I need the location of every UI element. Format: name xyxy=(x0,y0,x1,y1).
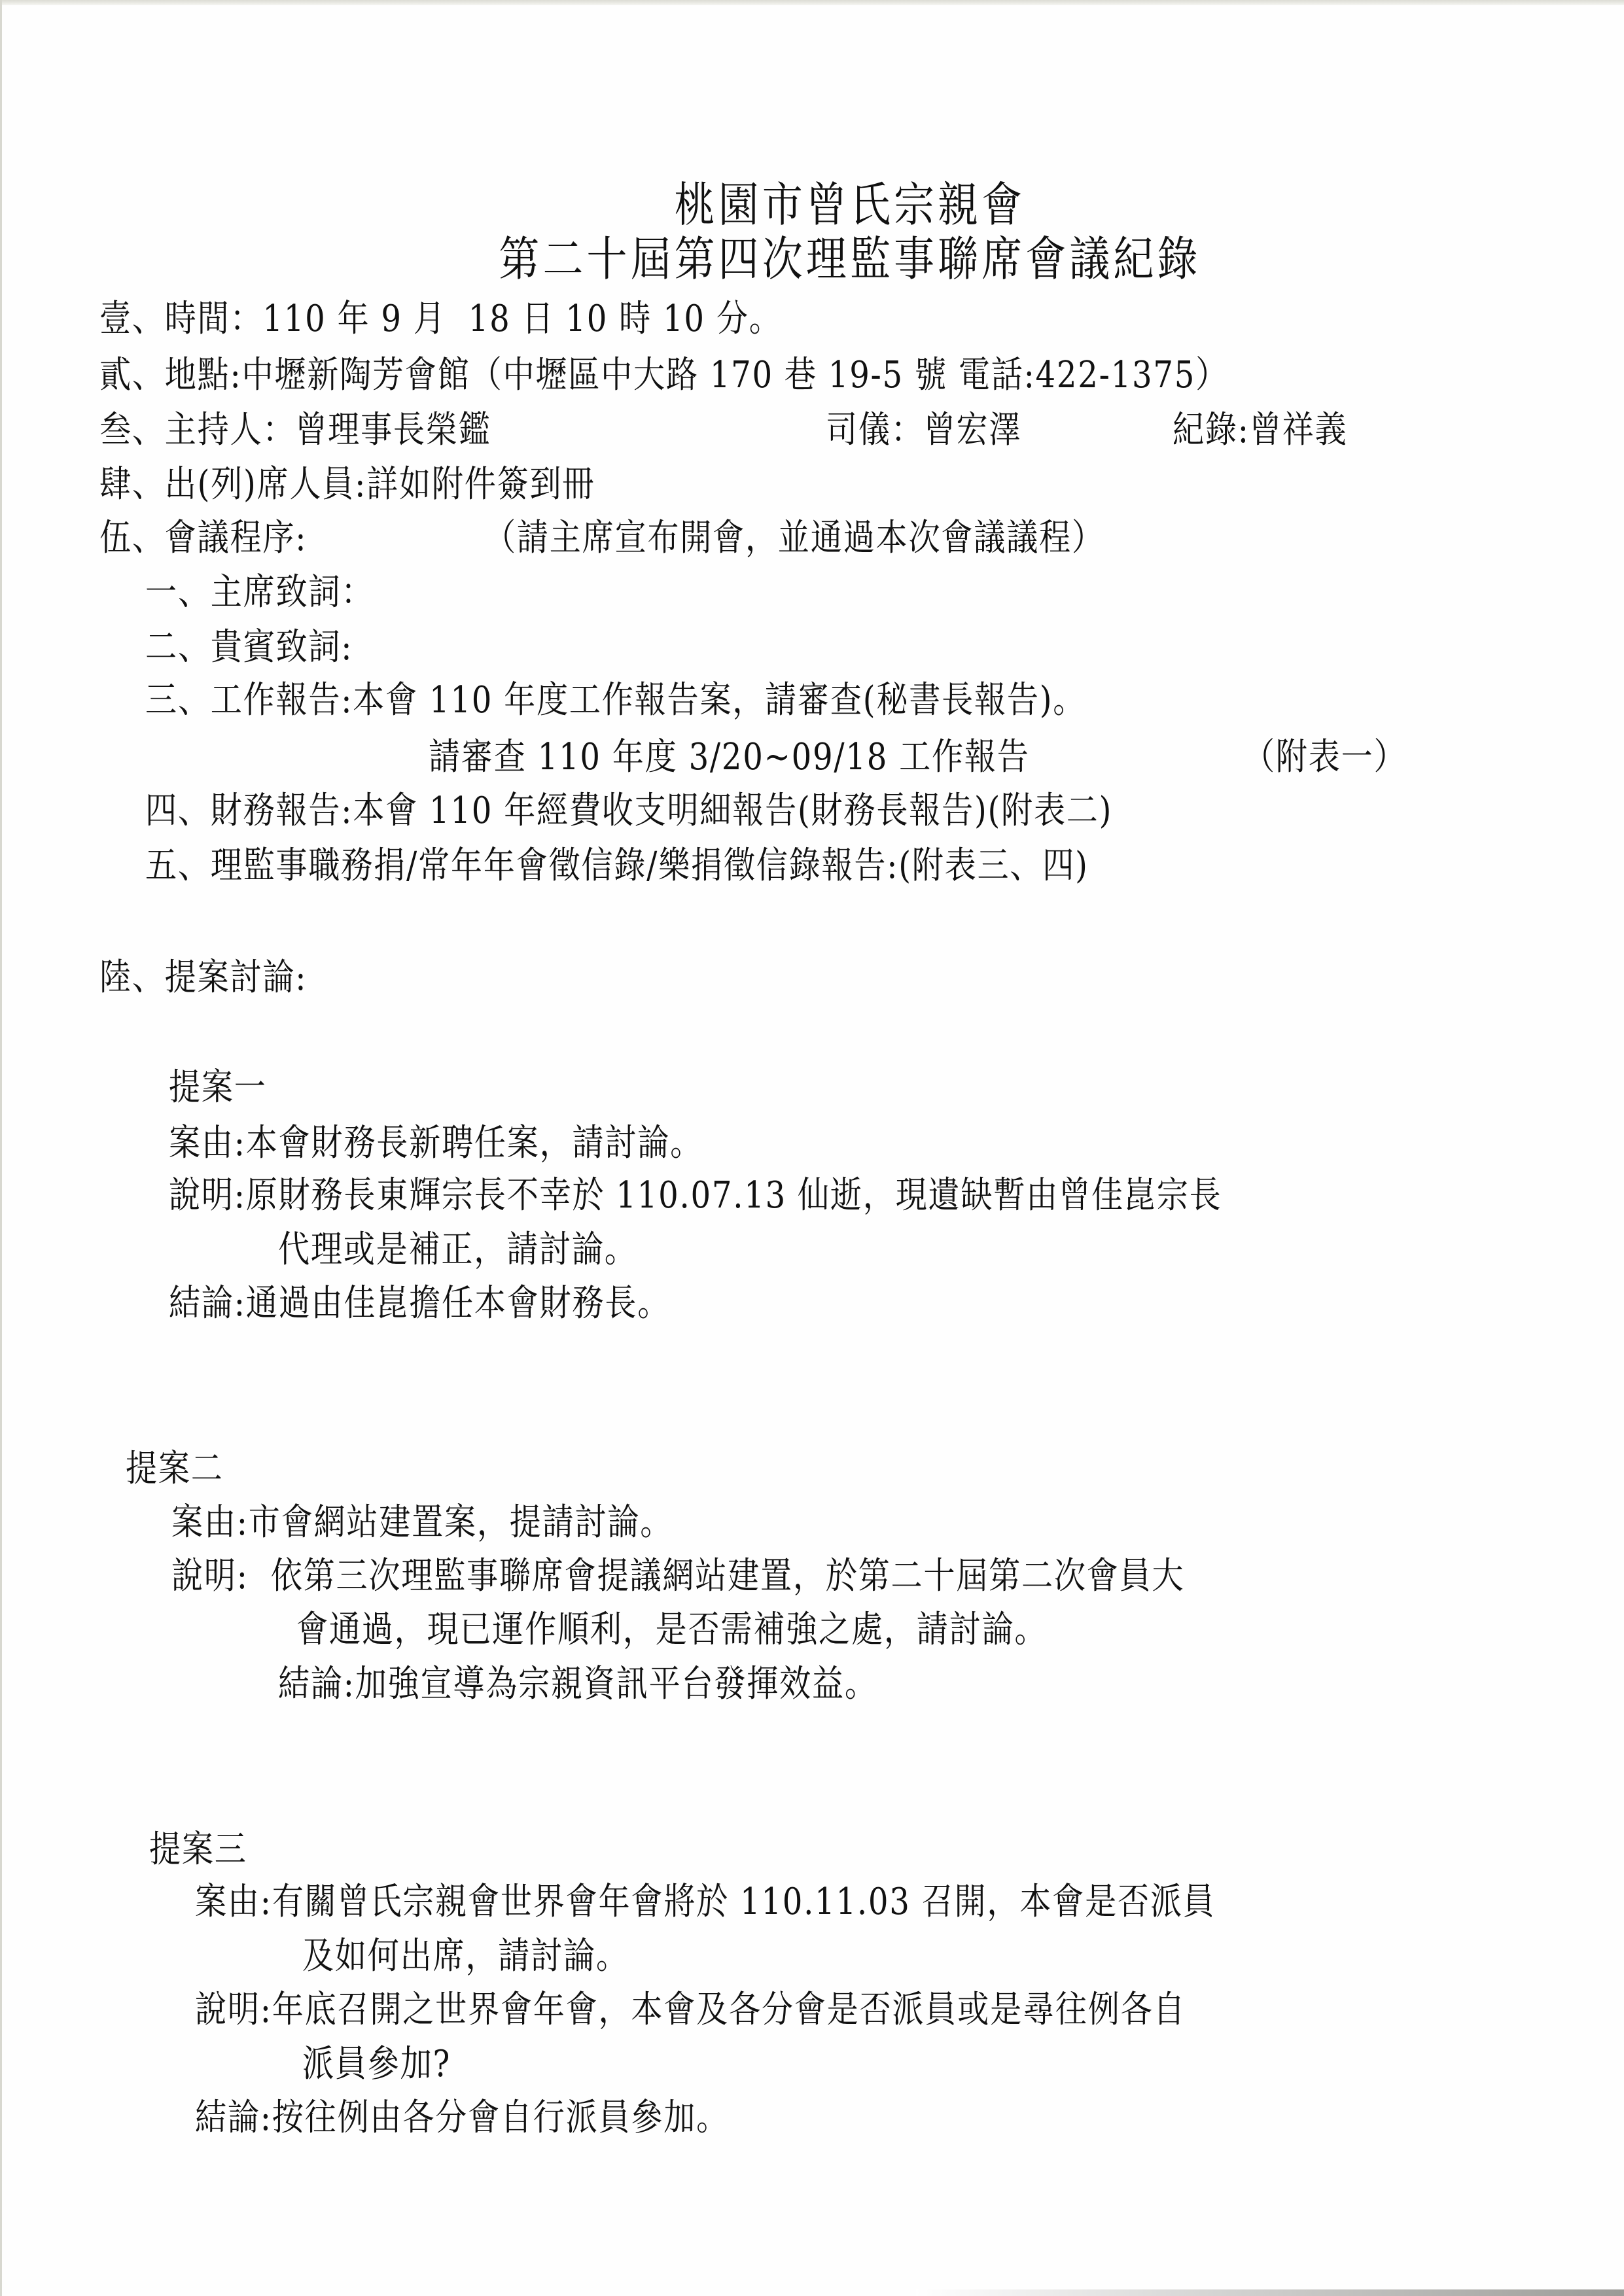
proposal-3-explanation-line-2: 派員參加? xyxy=(302,2046,451,2083)
proposal-3-conclusion: 結論:按往例由各分會自行派員參加。 xyxy=(195,2100,729,2136)
agenda-item-work-report-sub: 請審查 110 年度 3/20~09/18 工作報告 xyxy=(429,739,1030,776)
agenda-item-guest-speech: 二、貴賓致詞: xyxy=(145,629,353,666)
proposal-1-title: 提案一 xyxy=(169,1070,267,1106)
meeting-attendees: 肆、出(列)席人員:詳如附件簽到冊 xyxy=(99,466,595,503)
discussion-heading: 陸、提案討論: xyxy=(99,960,307,996)
meeting-host: 叁、主持人：曾理事長榮鑑 xyxy=(99,412,491,449)
proposal-3-reason-line-1: 案由:有關曾氏宗親會世界會年會將於 110.11.03 召開，本會是否派員 xyxy=(195,1884,1216,1921)
meeting-emcee: 司儀：曾宏澤 xyxy=(826,412,1021,449)
agenda-item-chair-speech: 一、主席致詞： xyxy=(145,574,374,611)
proposal-1-conclusion: 結論:通過由佳崑擔任本會財務長。 xyxy=(169,1285,670,1322)
scanned-document-page: 桃園市曾氏宗親會 第二十屆第四次理監事聯席會議紀錄 壹、時間：110 年 9 月… xyxy=(0,0,1624,2296)
proposal-1-reason: 案由:本會財務長新聘任案，請討論。 xyxy=(169,1125,703,1162)
agenda-item-finance-report: 四、財務報告:本會 110 年經費收支明細報告(財務長報告)(附表二) xyxy=(145,793,1112,829)
proposal-2-explanation-line-2: 會通過，現已運作順利，是否需補強之處，請討論。 xyxy=(296,1612,1047,1648)
proposal-1-explanation-line-1: 說明:原財務長東輝宗長不幸於 110.07.13 仙逝，現遺缺暫由曾佳崑宗長 xyxy=(169,1177,1222,1214)
title-line-2: 第二十屆第四次理監事聯席會議紀錄 xyxy=(499,235,1201,283)
proposal-2-title: 提案二 xyxy=(126,1451,224,1487)
proposal-3-title: 提案三 xyxy=(149,1832,247,1868)
proposal-1-explanation-line-2: 代理或是補正，請討論。 xyxy=(278,1232,637,1268)
agenda-note: （請主席宣布開會，並通過本次會議議程） xyxy=(484,520,1104,557)
proposal-3-reason-line-2: 及如何出席，請討論。 xyxy=(302,1938,629,1975)
meeting-recorder: 紀錄:曾祥義 xyxy=(1173,412,1347,449)
agenda-item-work-report: 三、工作報告:本會 110 年度工作報告案，請審查(秘書長報告)。 xyxy=(145,682,1086,719)
proposal-2-explanation-line-1: 說明: 依第三次理監事聯席會提議網站建置，於第二十屆第二次會員大 xyxy=(171,1558,1184,1595)
agenda-item-donation-report: 五、理監事職務捐/常年年會徵信錄/樂捐徵信錄報告:(附表三、四) xyxy=(145,848,1089,884)
proposal-2-reason: 案由:市會網站建置案，提請討論。 xyxy=(171,1505,673,1541)
agenda-item-work-report-attachment: （附表一） xyxy=(1243,739,1406,776)
scan-edge-top xyxy=(0,0,1624,5)
meeting-time: 壹、時間：110 年 9 月 18 日 10 時 10 分。 xyxy=(99,301,782,338)
agenda-label: 伍、會議程序: xyxy=(99,520,307,557)
meeting-location: 貳、地點:中壢新陶芳會館（中壢區中大路 170 巷 19-5 號 電話:422-… xyxy=(99,357,1228,394)
scan-edge-bottom xyxy=(916,2289,1624,2296)
scan-edge-left xyxy=(0,0,2,2296)
proposal-2-conclusion: 結論:加強宣導為宗親資訊平台發揮效益。 xyxy=(278,1666,877,1703)
proposal-3-explanation-line-1: 說明:年底召開之世界會年會，本會及各分會是否派員或是尋往例各自 xyxy=(195,1992,1186,2028)
